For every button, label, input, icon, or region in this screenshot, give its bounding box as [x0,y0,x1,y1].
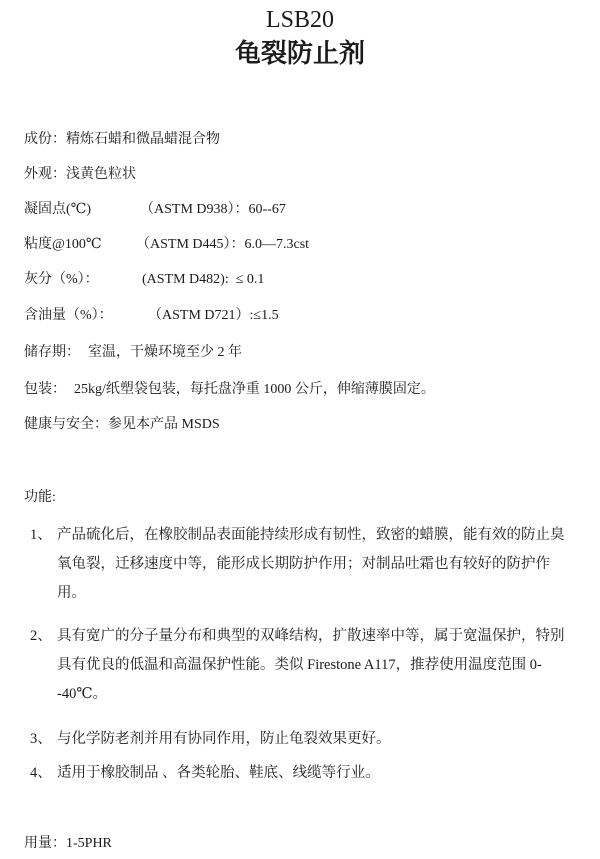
function-number: 1、 [30,521,52,550]
property-congealing-point: 凝固点(℃)（ASTM D938）：60--67 [24,200,286,220]
property-ash: 灰分（%）：(ASTM D482): ≤ 0.1 [24,270,264,290]
property-label: 储存期： [24,343,88,363]
dosage-value: 1-5PHR [66,836,112,851]
property-health-safety: 健康与安全：参见本产品 MSDS [24,415,220,435]
dosage: 用量：1-5PHR [24,834,112,854]
property-value: 25kg/纸塑袋包装，每托盘净重 1000 公斤，伸缩薄膜固定。 [74,382,435,397]
function-item: 2、 具有宽广的分子量分布和典型的双峰结构，扩散速率中等，属于宽温保护，特别具有… [30,622,575,709]
property-value: 参见本产品 MSDS [108,417,220,432]
dosage-label: 用量： [24,836,66,851]
property-shelf-life: 储存期：室温，干燥环境至少 2 年 [24,343,242,363]
function-item: 3、 与化学防老剂并用有协同作用，防止龟裂效果更好。 [30,725,575,754]
product-model: LSB20 [0,6,600,34]
property-label: 粘度@100℃ [24,235,136,255]
property-label: 灰分（%）： [24,270,142,290]
property-value: （ASTM D721）:≤1.5 [148,308,279,323]
property-label: 凝固点(℃) [24,200,140,220]
function-number: 2、 [30,622,52,651]
function-text: 适用于橡胶制品 、各类轮胎、鞋底、线缆等行业。 [30,759,575,788]
property-value: (ASTM D482): ≤ 0.1 [142,272,264,287]
property-viscosity: 粘度@100℃（ASTM D445）：6.0—7.3cst [24,235,309,255]
product-name: 龟裂防止剂 [0,38,600,70]
property-label: 含油量（%）： [24,306,148,326]
function-text: 产品硫化后，在橡胶制品表面能持续形成有韧性，致密的蜡膜，能有效的防止臭氧龟裂，迁… [30,521,575,608]
function-item: 1、 产品硫化后，在橡胶制品表面能持续形成有韧性，致密的蜡膜，能有效的防止臭氧龟… [30,521,575,608]
property-label: 包装： [24,380,74,400]
property-value: 浅黄色粒状 [66,167,136,182]
property-appearance: 外观：浅黄色粒状 [24,165,136,185]
property-composition: 成份：精炼石蜡和微晶蜡混合物 [24,130,220,150]
property-value: 室温，干燥环境至少 2 年 [88,345,242,360]
function-item: 4、 适用于橡胶制品 、各类轮胎、鞋底、线缆等行业。 [30,759,575,788]
function-number: 3、 [30,725,52,754]
function-number: 4、 [30,759,52,788]
property-label: 外观： [24,167,66,182]
function-text: 与化学防老剂并用有协同作用，防止龟裂效果更好。 [30,725,575,754]
property-packaging: 包装：25kg/纸塑袋包装，每托盘净重 1000 公斤，伸缩薄膜固定。 [24,380,435,400]
property-value: （ASTM D445）：6.0—7.3cst [136,237,309,252]
function-text: 具有宽广的分子量分布和典型的双峰结构，扩散速率中等，属于宽温保护，特别具有优良的… [30,622,575,709]
property-value: （ASTM D938）：60--67 [140,202,286,217]
property-oil-content: 含油量（%）：（ASTM D721）:≤1.5 [24,306,279,326]
property-label: 健康与安全： [24,417,108,432]
property-label: 成份： [24,132,66,147]
functions-heading: 功能: [24,488,56,508]
property-value: 精炼石蜡和微晶蜡混合物 [66,132,220,147]
